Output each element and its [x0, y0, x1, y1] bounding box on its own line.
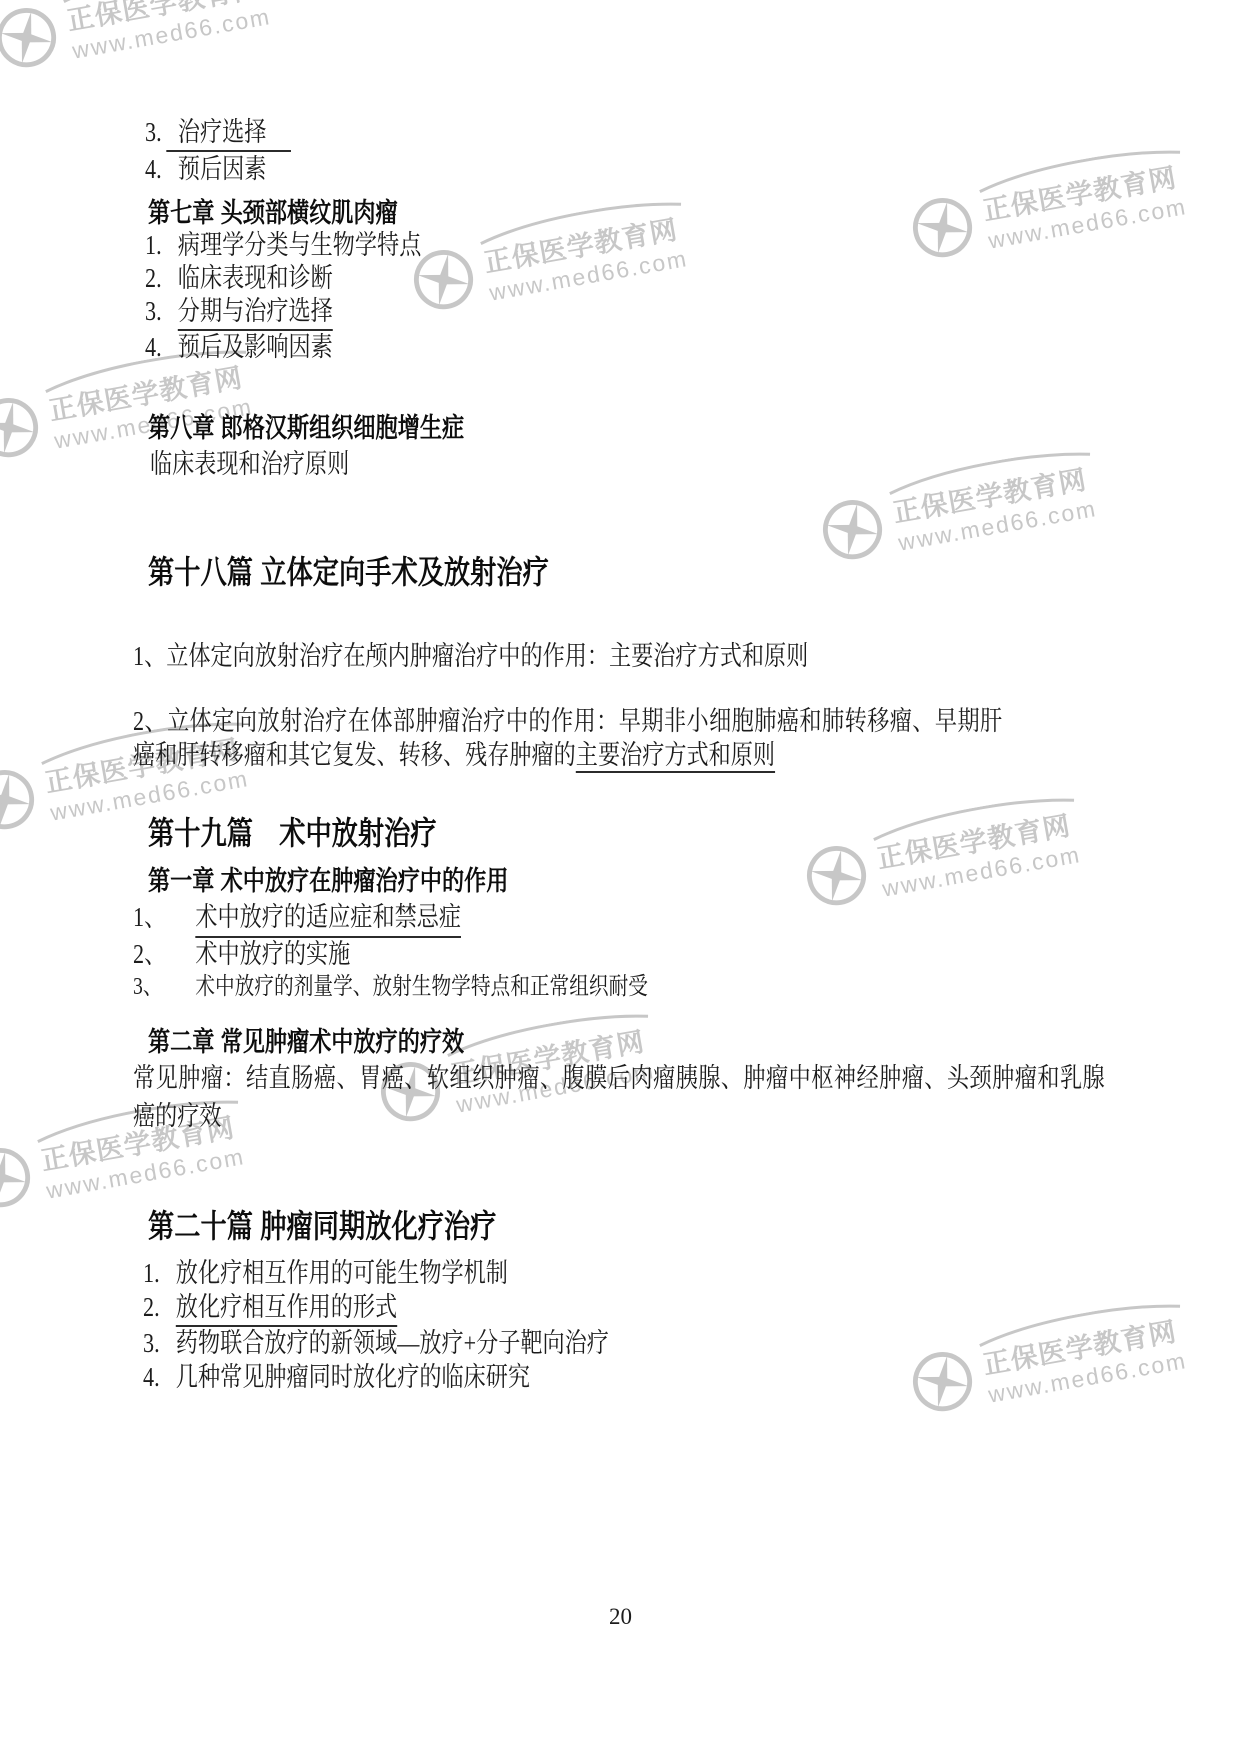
- item-number: 1.: [143, 1257, 176, 1291]
- paragraph-text: 2、立体定向放射治疗在体部肿瘤治疗中的作用：早期非小细胞肺癌和肺转移瘤、早期肝癌…: [133, 706, 1002, 770]
- chapter8-title: 第八章 郎格汉斯组织细胞增生症: [148, 412, 464, 444]
- list-item: 3.药物联合放疗的新领域—放疗+分子靶向治疗: [143, 1327, 609, 1361]
- list-item: 4.预后因素: [145, 152, 291, 186]
- document-page: 正保医学教育网www.med66.com正保医学教育网www.med66.com…: [0, 0, 1241, 1755]
- chapter7-list: 1.病理学分类与生物学特点 2.临床表现和诊断 3.分期与治疗选择 4.预后及影…: [145, 229, 421, 364]
- item-label: 放化疗相互作用的形式: [176, 1291, 397, 1328]
- item-label: 病理学分类与生物学特点: [178, 229, 422, 262]
- toc-list-intro: 3.治疗选择 4.预后因素: [145, 115, 291, 186]
- item-number: 3、: [133, 971, 195, 1005]
- list-item: 1、术中放疗的适应症和禁忌症: [133, 901, 648, 938]
- document-content: 3.治疗选择 4.预后因素 第七章 头颈部横纹肌肉瘤 1.病理学分类与生物学特点…: [0, 0, 1241, 1755]
- item-label: 预后因素: [178, 152, 267, 186]
- list-item: 1.病理学分类与生物学特点: [145, 229, 421, 262]
- item-label: 放化疗相互作用的可能生物学机制: [176, 1257, 508, 1291]
- list-item: 3、术中放疗的剂量学、放射生物学特点和正常组织耐受: [133, 971, 648, 1005]
- part19-chapter1-list: 1、术中放疗的适应症和禁忌症 2、术中放疗的实施 3、术中放疗的剂量学、放射生物…: [133, 901, 648, 1005]
- part18-title: 第十八篇 立体定向手术及放射治疗: [148, 553, 549, 591]
- list-item: 3.分期与治疗选择: [145, 295, 421, 331]
- chapter7-title: 第七章 头颈部横纹肌肉瘤: [148, 197, 398, 229]
- item-label: 几种常见肿瘤同时放化疗的临床研究: [176, 1361, 530, 1395]
- list-item: 2.放化疗相互作用的形式: [143, 1291, 609, 1328]
- part20-list: 1.放化疗相互作用的可能生物学机制 2.放化疗相互作用的形式 3.药物联合放疗的…: [143, 1257, 609, 1394]
- item-number: 1.: [145, 229, 178, 262]
- item-number: 2.: [145, 262, 178, 295]
- part19-chapter2-title: 第二章 常见肿瘤术中放疗的疗效: [148, 1026, 464, 1058]
- chapter8-body: 临床表现和治疗原则: [150, 447, 349, 481]
- item-number: 4.: [145, 152, 178, 186]
- part19-chapter2-body: 常见肿瘤：结直肠癌、胃癌、软组织肿瘤、腹膜后肉瘤胰腺、肿瘤中枢神经肿瘤、头颈肿瘤…: [133, 1059, 1105, 1135]
- item-label: 临床表现和诊断: [178, 262, 333, 295]
- item-number: 3.: [143, 1327, 176, 1361]
- item-number: 1、: [133, 901, 195, 935]
- item-number: 4.: [143, 1361, 176, 1395]
- paragraph-underlined-text: 主要治疗方式和原则: [576, 740, 775, 773]
- part18-paragraph-1: 1、立体定向放射治疗在颅内肿瘤治疗中的作用：主要治疗方式和原则: [133, 639, 808, 673]
- item-number: 4.: [145, 331, 178, 364]
- list-item: 3.治疗选择: [145, 115, 291, 152]
- list-item: 2、术中放疗的实施: [133, 938, 648, 972]
- item-number: 2.: [143, 1291, 176, 1325]
- item-label: 术中放疗的实施: [195, 938, 350, 972]
- item-label: 药物联合放疗的新领域—放疗+分子靶向治疗: [176, 1327, 609, 1361]
- list-item: 4.几种常见肿瘤同时放化疗的临床研究: [143, 1361, 609, 1395]
- part20-title: 第二十篇 肿瘤同期放化疗治疗: [148, 1207, 496, 1245]
- item-number: 2、: [133, 938, 195, 972]
- item-label: 分期与治疗选择: [178, 295, 333, 331]
- item-label: 治疗选择: [166, 115, 291, 152]
- part18-paragraph-2: 2、立体定向放射治疗在体部肿瘤治疗中的作用：早期非小细胞肺癌和肺转移瘤、早期肝癌…: [133, 704, 1002, 772]
- item-label: 术中放疗的适应症和禁忌症: [195, 901, 461, 938]
- list-item: 2.临床表现和诊断: [145, 262, 421, 295]
- page-number: 20: [0, 1604, 1241, 1630]
- item-label: 预后及影响因素: [178, 331, 333, 364]
- item-number: 3.: [145, 295, 178, 328]
- list-item: 1.放化疗相互作用的可能生物学机制: [143, 1257, 609, 1291]
- part19-title: 第十九篇 术中放射治疗: [148, 814, 437, 852]
- list-item: 4.预后及影响因素: [145, 331, 421, 364]
- item-label: 术中放疗的剂量学、放射生物学特点和正常组织耐受: [195, 971, 648, 1005]
- part19-chapter1-title: 第一章 术中放疗在肿瘤治疗中的作用: [148, 865, 508, 897]
